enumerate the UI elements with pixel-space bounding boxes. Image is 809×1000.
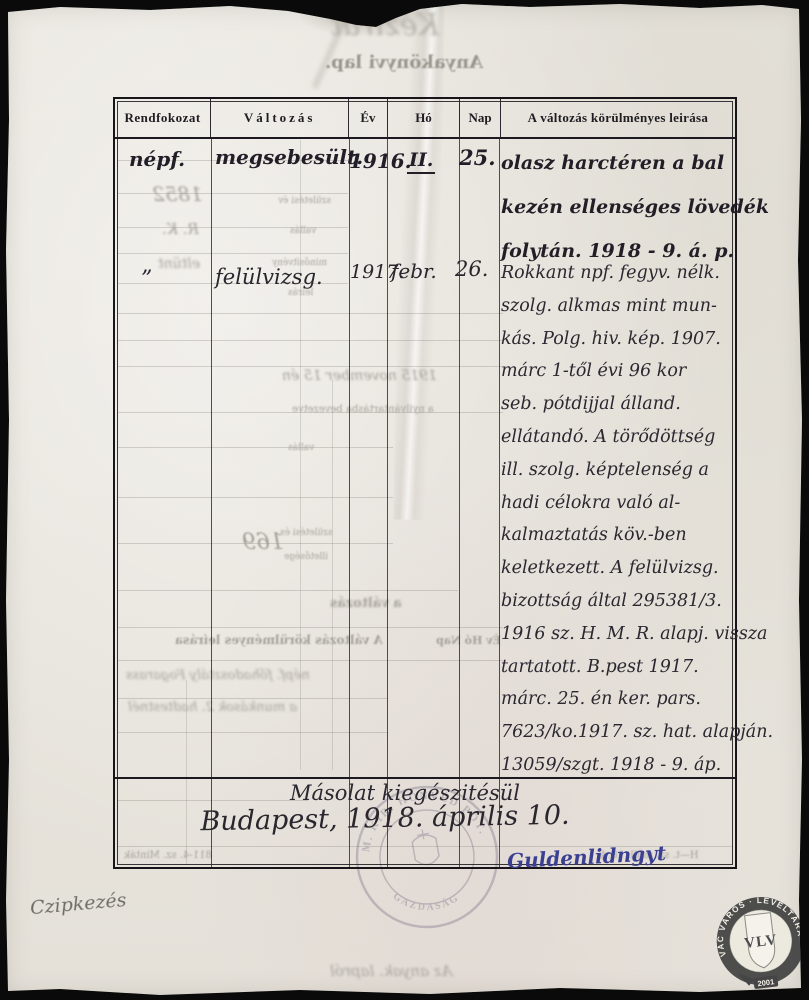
top-crease [312,3,355,89]
bleedthrough-text: Anyakönyvi lap. [318,52,490,73]
paper-sheet: Anyakönyvi lap. Kézirat 1852 R. K. eltün… [0,0,809,1000]
row2-desc-line: ellátandó. A törődöttség [501,421,773,454]
row2-desc-line: márc 1-től évi 96 kor [501,355,773,388]
row2-change: felülvizsg. [215,265,323,289]
svg-text:GAZDASÁG: GAZDASÁG [389,880,462,920]
row2-month: febr. [391,259,437,283]
archive-badge: VÁC VÁROS · LEVÉLTÁRA VLV 2001 [708,887,809,1000]
row2-desc-line: hadi célokra való al- [501,487,773,520]
row2-desc-line: szolg. alkmas mint mun- [501,290,773,323]
header-valtozas: Változás [211,99,349,137]
stamp-arc-bottom: GAZDASÁG [389,880,462,920]
row2-desc-line: 13059/szgt. 1918 - 9. áp. [501,749,773,782]
header-ho: Hó [388,99,460,137]
row2-description: Rokkant npf. fegyv. nélk. szolg. alkmas … [501,257,773,782]
row2-desc-line: 7623/ko.1917. sz. hat. alapján. [501,716,773,749]
header-rendfokozat: Rendfokozat [115,99,211,137]
row2-desc-line: márc. 25. én ker. pars. [501,683,773,716]
row1-month: II. [407,149,435,174]
signature: Guldenlidngyt [506,841,666,873]
row2-rank-ditto: ” [141,267,152,292]
header-leiras: A változás körülményes leirása [501,99,735,137]
row2-desc-line: 1916 sz. H. M. R. alapj. vissza [501,618,773,651]
row2-desc-line: seb. pótdijjal álland. [501,388,773,421]
row2-desc-line: tartatott. B.pest 1917. [501,651,773,684]
column-divider [459,137,460,867]
column-divider [211,137,212,867]
row2-desc-line: Rokkant npf. fegyv. nélk. [501,257,773,290]
row2-desc-line: kalmaztatás köv.-ben [501,519,773,552]
row1-description: olasz harctéren a bal kezén ellenséges l… [501,141,769,273]
row2-desc-line: ill. szolg. képtelenség a [501,454,773,487]
record-table: Rendfokozat Változás Év Hó Nap A változá… [113,97,737,869]
row2-desc-line: kás. Polg. hiv. kép. 1907. [501,323,773,356]
row2-day: 26. [455,257,488,281]
row2-desc-line: keletkezett. A felülvizsg. [501,552,773,585]
column-divider [349,137,350,867]
row1-change: megsebesült. [215,145,363,169]
header-ev: Év [349,99,388,137]
row1-desc-line: olasz harctéren a bal [501,141,769,185]
bleedthrough-text: Az anyak. lapról [330,962,453,980]
row2-desc-line: bizottság által 295381/3. [501,585,773,618]
scanned-document: Anyakönyvi lap. Kézirat 1852 R. K. eltün… [0,0,809,1000]
header-nap: Nap [460,99,501,137]
pencil-note: Czipkezés [29,889,127,919]
row1-day: 25. [459,145,496,170]
row1-desc-line: kezén ellenséges lövedék [501,185,769,229]
row1-rank: népf. [129,147,185,171]
bleedthrough-text: Kézirat [330,8,439,43]
table-header-row: Rendfokozat Változás Év Hó Nap A változá… [115,99,735,139]
row1-year: 1916. [349,149,412,173]
column-divider [499,137,500,867]
column-divider [387,137,388,867]
